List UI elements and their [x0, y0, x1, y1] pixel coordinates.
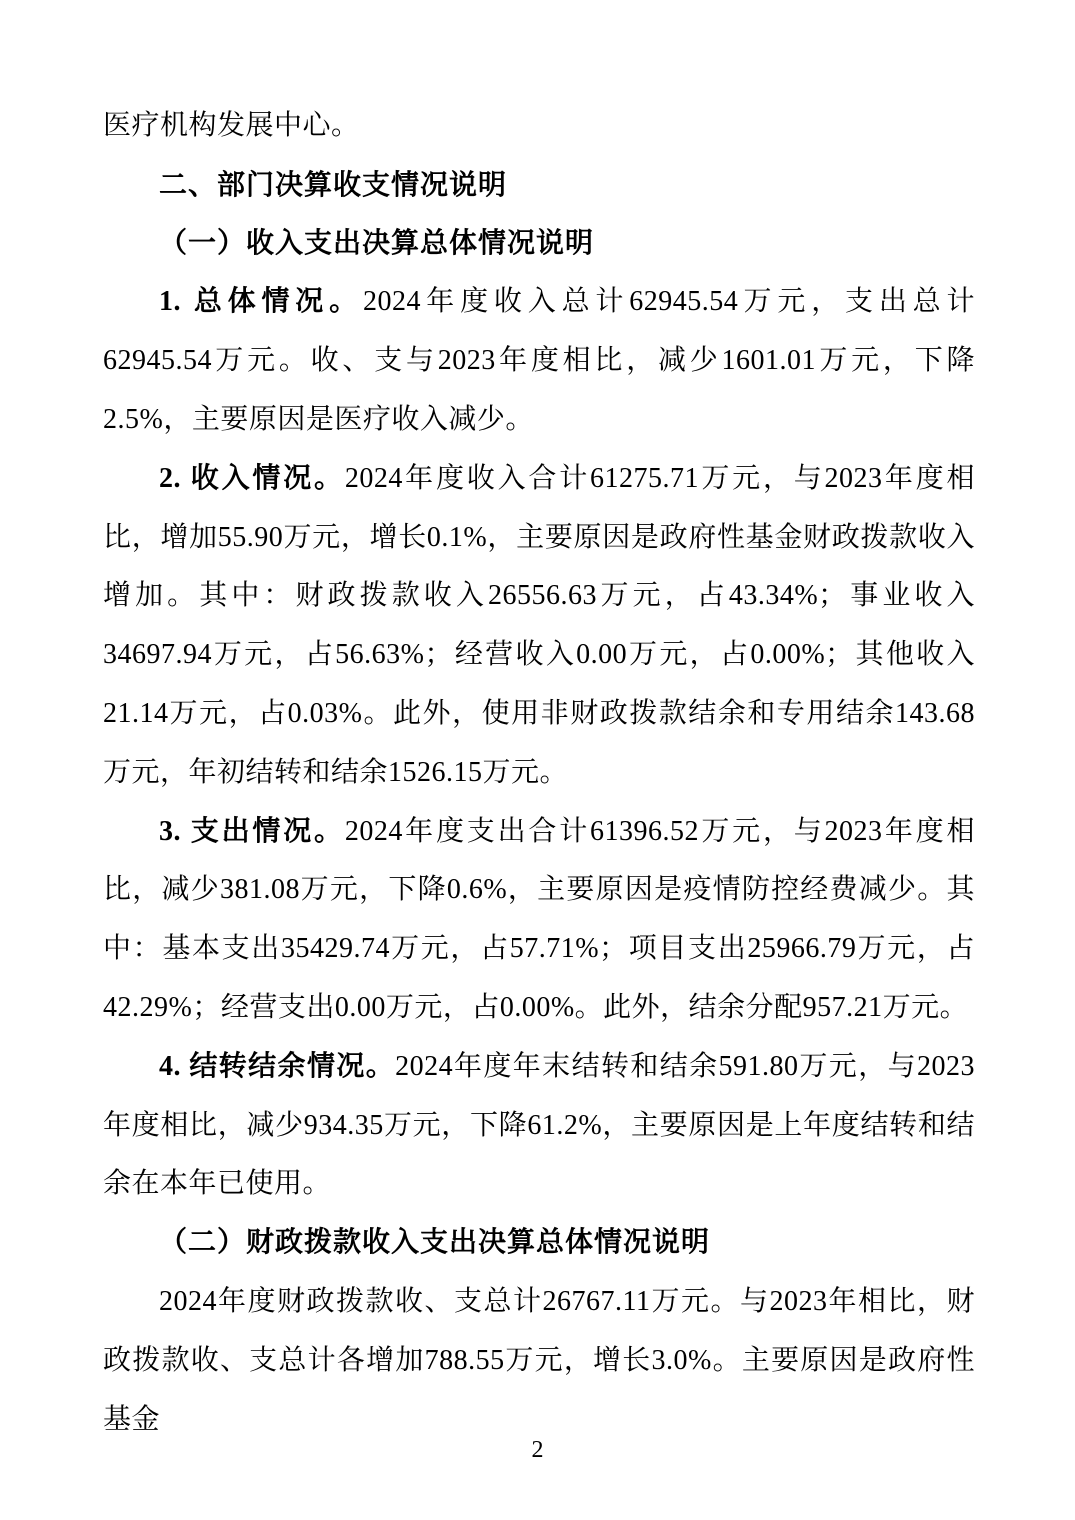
subsection-1-heading: （一）收入支出决算总体情况说明	[103, 215, 975, 274]
page-footer: 2	[0, 1436, 1075, 1464]
paragraph-fiscal: 2024年度财政拨款收、支总计26767.11万元。与2023年相比，财政拨款收…	[103, 1273, 975, 1449]
paragraph-total-lead: 1. 总体情况。	[159, 286, 363, 317]
subsection-2-heading: （二）财政拨款收入支出决算总体情况说明	[103, 1214, 975, 1273]
paragraph-carryover: 4. 结转结余情况。2024年度年末结转和结余591.80万元，与2023年度相…	[103, 1038, 975, 1214]
page-number: 2	[532, 1437, 544, 1463]
continuation-paragraph: 医疗机构发展中心。	[103, 97, 975, 156]
paragraph-income-lead: 2. 收入情况。	[159, 463, 345, 494]
paragraph-carryover-lead: 4. 结转结余情况。	[159, 1051, 395, 1082]
document-page: 医疗机构发展中心。 二、部门决算收支情况说明 （一）收入支出决算总体情况说明 1…	[0, 0, 1075, 1520]
paragraph-income-text: 2024年度收入合计61275.71万元，与2023年度相比，增加55.90万元…	[103, 463, 975, 788]
paragraph-income: 2. 收入情况。2024年度收入合计61275.71万元，与2023年度相比，增…	[103, 450, 975, 803]
section-heading: 二、部门决算收支情况说明	[103, 156, 975, 215]
paragraph-total: 1. 总体情况。2024年度收入总计62945.54万元，支出总计62945.5…	[103, 273, 975, 449]
paragraph-expense: 3. 支出情况。2024年度支出合计61396.52万元，与2023年度相比，减…	[103, 803, 975, 1038]
paragraph-expense-lead: 3. 支出情况。	[159, 816, 345, 847]
